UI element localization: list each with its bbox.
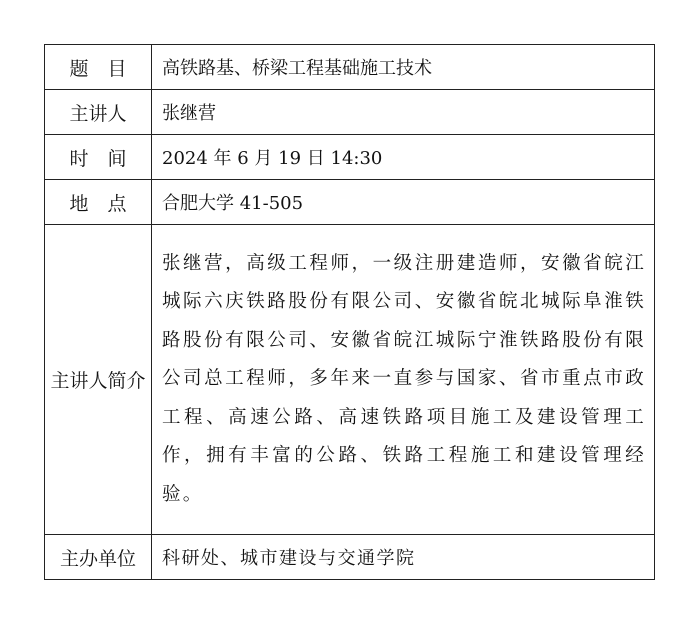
location-value: 合肥大学 41-505 xyxy=(152,180,655,225)
time-value: 2024 年 6 月 19 日 14:30 xyxy=(152,135,655,180)
time-label: 时 间 xyxy=(45,135,152,180)
organizer-value: 科研处、城市建设与交通学院 xyxy=(152,535,655,580)
row-topic: 题 目 高铁路基、桥梁工程基础施工技术 xyxy=(45,45,655,90)
speaker-bio-value: 张继营，高级工程师，一级注册建造师，安徽省皖江城际六庆铁路股份有限公司、安徽省皖… xyxy=(152,225,655,535)
speaker-bio-label: 主讲人简介 xyxy=(45,225,152,535)
row-speaker-bio: 主讲人简介 张继营，高级工程师，一级注册建造师，安徽省皖江城际六庆铁路股份有限公… xyxy=(45,225,655,535)
topic-label: 题 目 xyxy=(45,45,152,90)
row-time: 时 间 2024 年 6 月 19 日 14:30 xyxy=(45,135,655,180)
row-organizer: 主办单位 科研处、城市建设与交通学院 xyxy=(45,535,655,580)
speaker-label: 主讲人 xyxy=(45,90,152,135)
row-location: 地 点 合肥大学 41-505 xyxy=(45,180,655,225)
organizer-label: 主办单位 xyxy=(45,535,152,580)
location-label: 地 点 xyxy=(45,180,152,225)
speaker-value: 张继营 xyxy=(152,90,655,135)
lecture-info-table: 题 目 高铁路基、桥梁工程基础施工技术 主讲人 张继营 时 间 2024 年 6… xyxy=(44,44,655,580)
topic-value: 高铁路基、桥梁工程基础施工技术 xyxy=(152,45,655,90)
row-speaker: 主讲人 张继营 xyxy=(45,90,655,135)
